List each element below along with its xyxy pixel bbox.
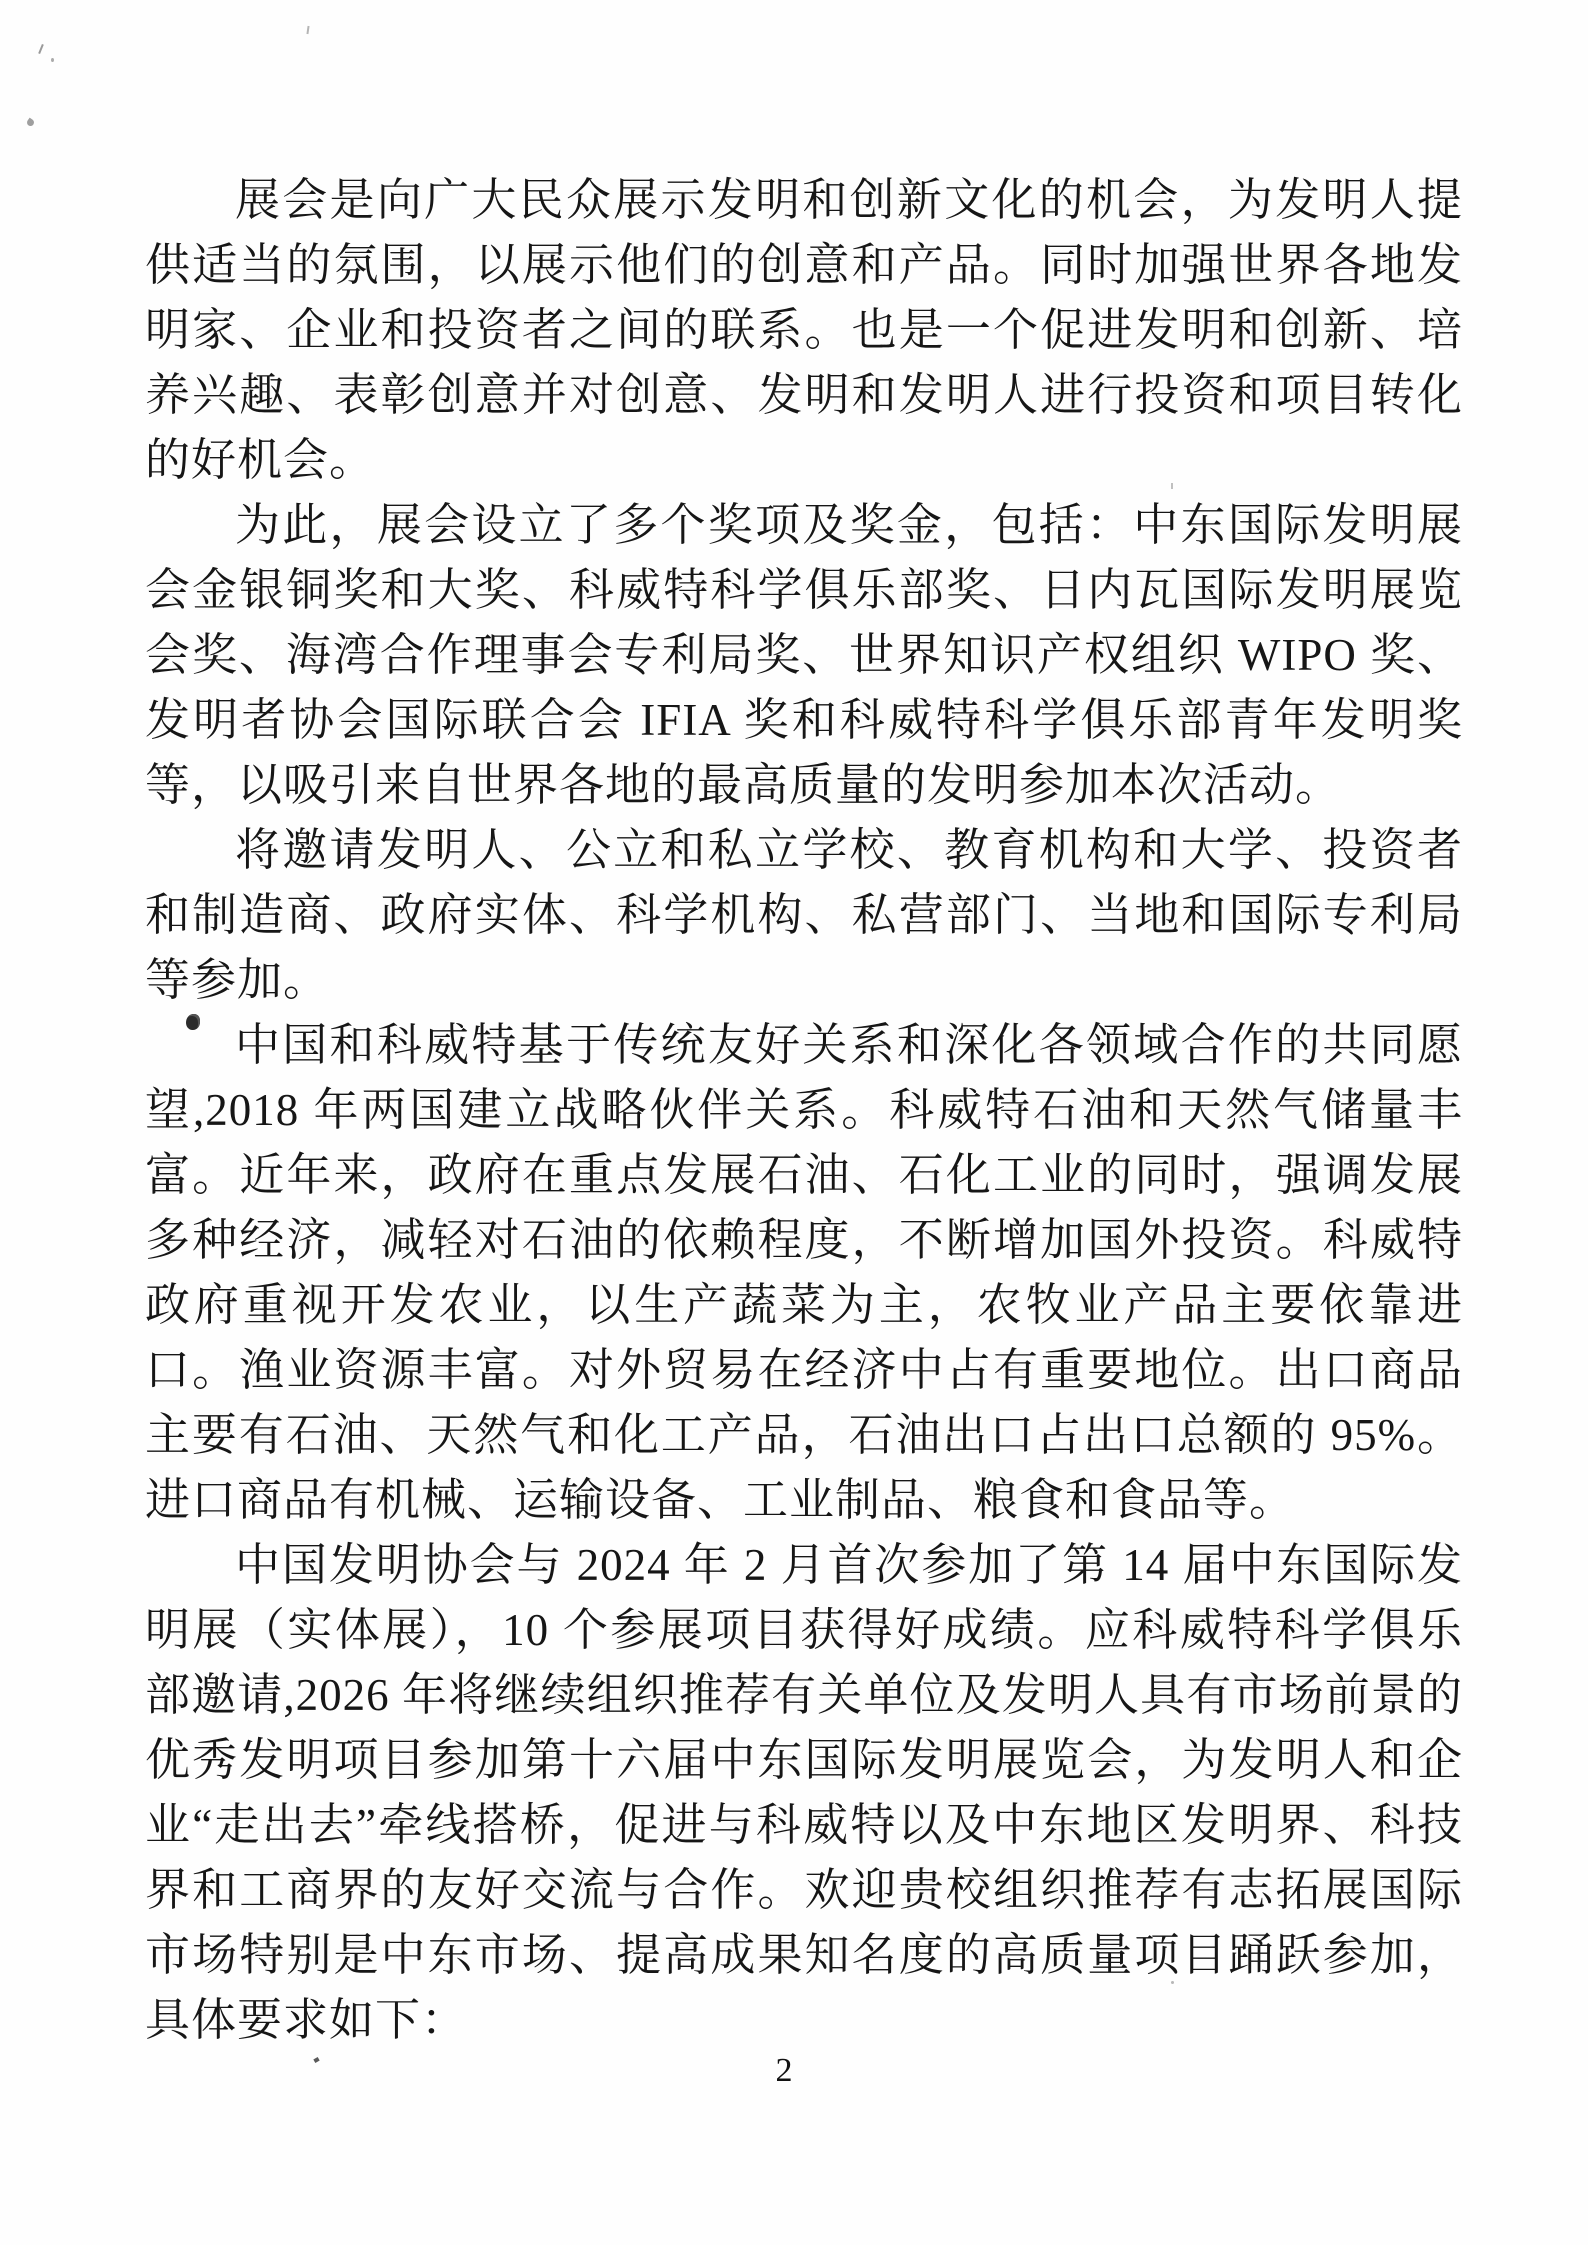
paragraph-awards-list: 为此，展会设立了多个奖项及奖金，包括：中东国际发明展会金银铜奖和大奖、科威特科学…: [145, 493, 1463, 818]
document-body: 展会是向广大民众展示发明和创新文化的机会，为发明人提供适当的氛围，以展示他们的创…: [145, 168, 1463, 2053]
paragraph-exhibition-intro: 展会是向广大民众展示发明和创新文化的机会，为发明人提供适当的氛围，以展示他们的创…: [145, 168, 1463, 493]
scan-artifact: [26, 118, 36, 128]
paragraph-participation-call: 中国发明协会与 2024 年 2 月首次参加了第 14 届中东国际发明展（实体展…: [145, 1533, 1463, 2053]
scan-artifact: [306, 26, 309, 34]
paragraph-china-kuwait-relations: 中国和科威特基于传统友好关系和深化各领域合作的共同愿望,2018 年两国建立战略…: [145, 1013, 1463, 1533]
paragraph-invitees: 将邀请发明人、公立和私立学校、教育机构和大学、投资者和制造商、政府实体、科学机构…: [145, 818, 1463, 1013]
scan-artifact: [51, 58, 54, 62]
scan-artifact: [38, 44, 44, 54]
document-page: 展会是向广大民众展示发明和创新文化的机会，为发明人提供适当的氛围，以展示他们的创…: [0, 0, 1588, 2245]
page-number: 2: [0, 2052, 1568, 2090]
